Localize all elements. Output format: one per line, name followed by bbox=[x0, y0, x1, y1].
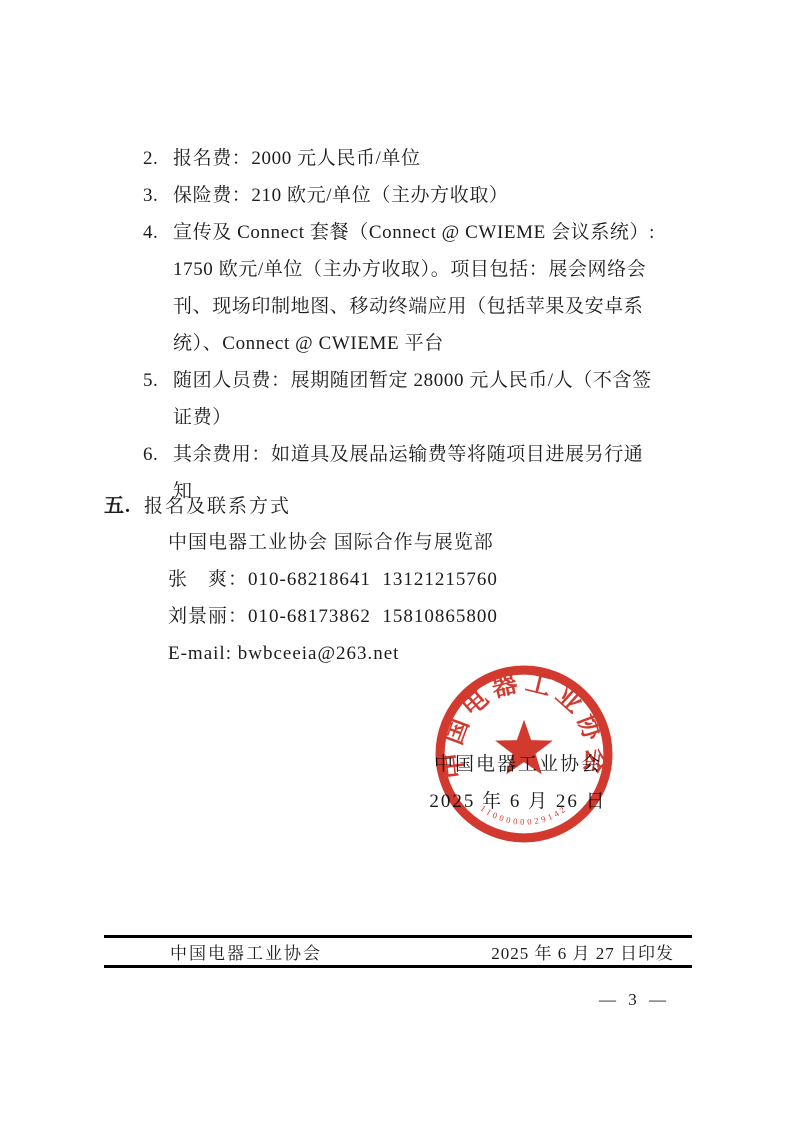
item-number: 4. bbox=[143, 214, 173, 362]
list-item: 4. 宣传及 Connect 套餐（Connect @ CWIEME 会议系统）… bbox=[143, 214, 688, 362]
item-text: 刊、现场印制地图、移动终端应用（包括苹果及安卓系 bbox=[173, 288, 688, 325]
item-text: 报名费：2000 元人民币/单位 bbox=[173, 140, 688, 177]
page-number: — 3 — bbox=[599, 990, 670, 1010]
footer-org: 中国电器工业协会 bbox=[170, 939, 322, 964]
seal-code-text: 1100000029142 bbox=[479, 803, 570, 827]
item-number: 3. bbox=[143, 177, 173, 214]
fee-list: 2. 报名费：2000 元人民币/单位 3. 保险费：210 欧元/单位（主办方… bbox=[143, 140, 688, 510]
list-item: 5. 随团人员费：展期随团暂定 28000 元人民币/人（不含签 证费） bbox=[143, 362, 688, 436]
list-item: 2. 报名费：2000 元人民币/单位 bbox=[143, 140, 688, 177]
section-number: 五. bbox=[104, 495, 131, 517]
contact-person-1: 张 爽：010-68218641 13121215760 bbox=[168, 561, 498, 598]
section-heading: 五.报名及联系方式 bbox=[104, 488, 291, 525]
official-seal-stamp: 中国电器工业协会 1100000029142 bbox=[433, 663, 615, 845]
item-number: 5. bbox=[143, 362, 173, 436]
item-number: 2. bbox=[143, 140, 173, 177]
list-item: 3. 保险费：210 欧元/单位（主办方收取） bbox=[143, 177, 688, 214]
item-text: 宣传及 Connect 套餐（Connect @ CWIEME 会议系统）: bbox=[173, 214, 688, 251]
item-text: 其余费用：如道具及展品运输费等将随项目进展另行通 bbox=[173, 436, 688, 473]
section-title: 报名及联系方式 bbox=[144, 496, 291, 517]
item-text: 1750 欧元/单位（主办方收取）。项目包括：展会网络会 bbox=[173, 251, 688, 288]
item-text: 证费） bbox=[173, 399, 688, 436]
footer-print-date: 2025 年 6 月 27 日印发 bbox=[491, 939, 674, 964]
footer-rule-block: 中国电器工业协会 2025 年 6 月 27 日印发 bbox=[104, 935, 692, 968]
item-text: 保险费：210 欧元/单位（主办方收取） bbox=[173, 177, 688, 214]
contact-person-2: 刘景丽：010-68173862 15810865800 bbox=[168, 598, 498, 635]
seal-star-icon bbox=[495, 720, 553, 775]
item-text: 统）、Connect @ CWIEME 平台 bbox=[173, 325, 688, 362]
contact-block: 中国电器工业协会 国际合作与展览部 张 爽：010-68218641 13121… bbox=[168, 524, 498, 672]
item-text: 随团人员费：展期随团暂定 28000 元人民币/人（不含签 bbox=[173, 362, 688, 399]
contact-org: 中国电器工业协会 国际合作与展览部 bbox=[168, 524, 498, 561]
